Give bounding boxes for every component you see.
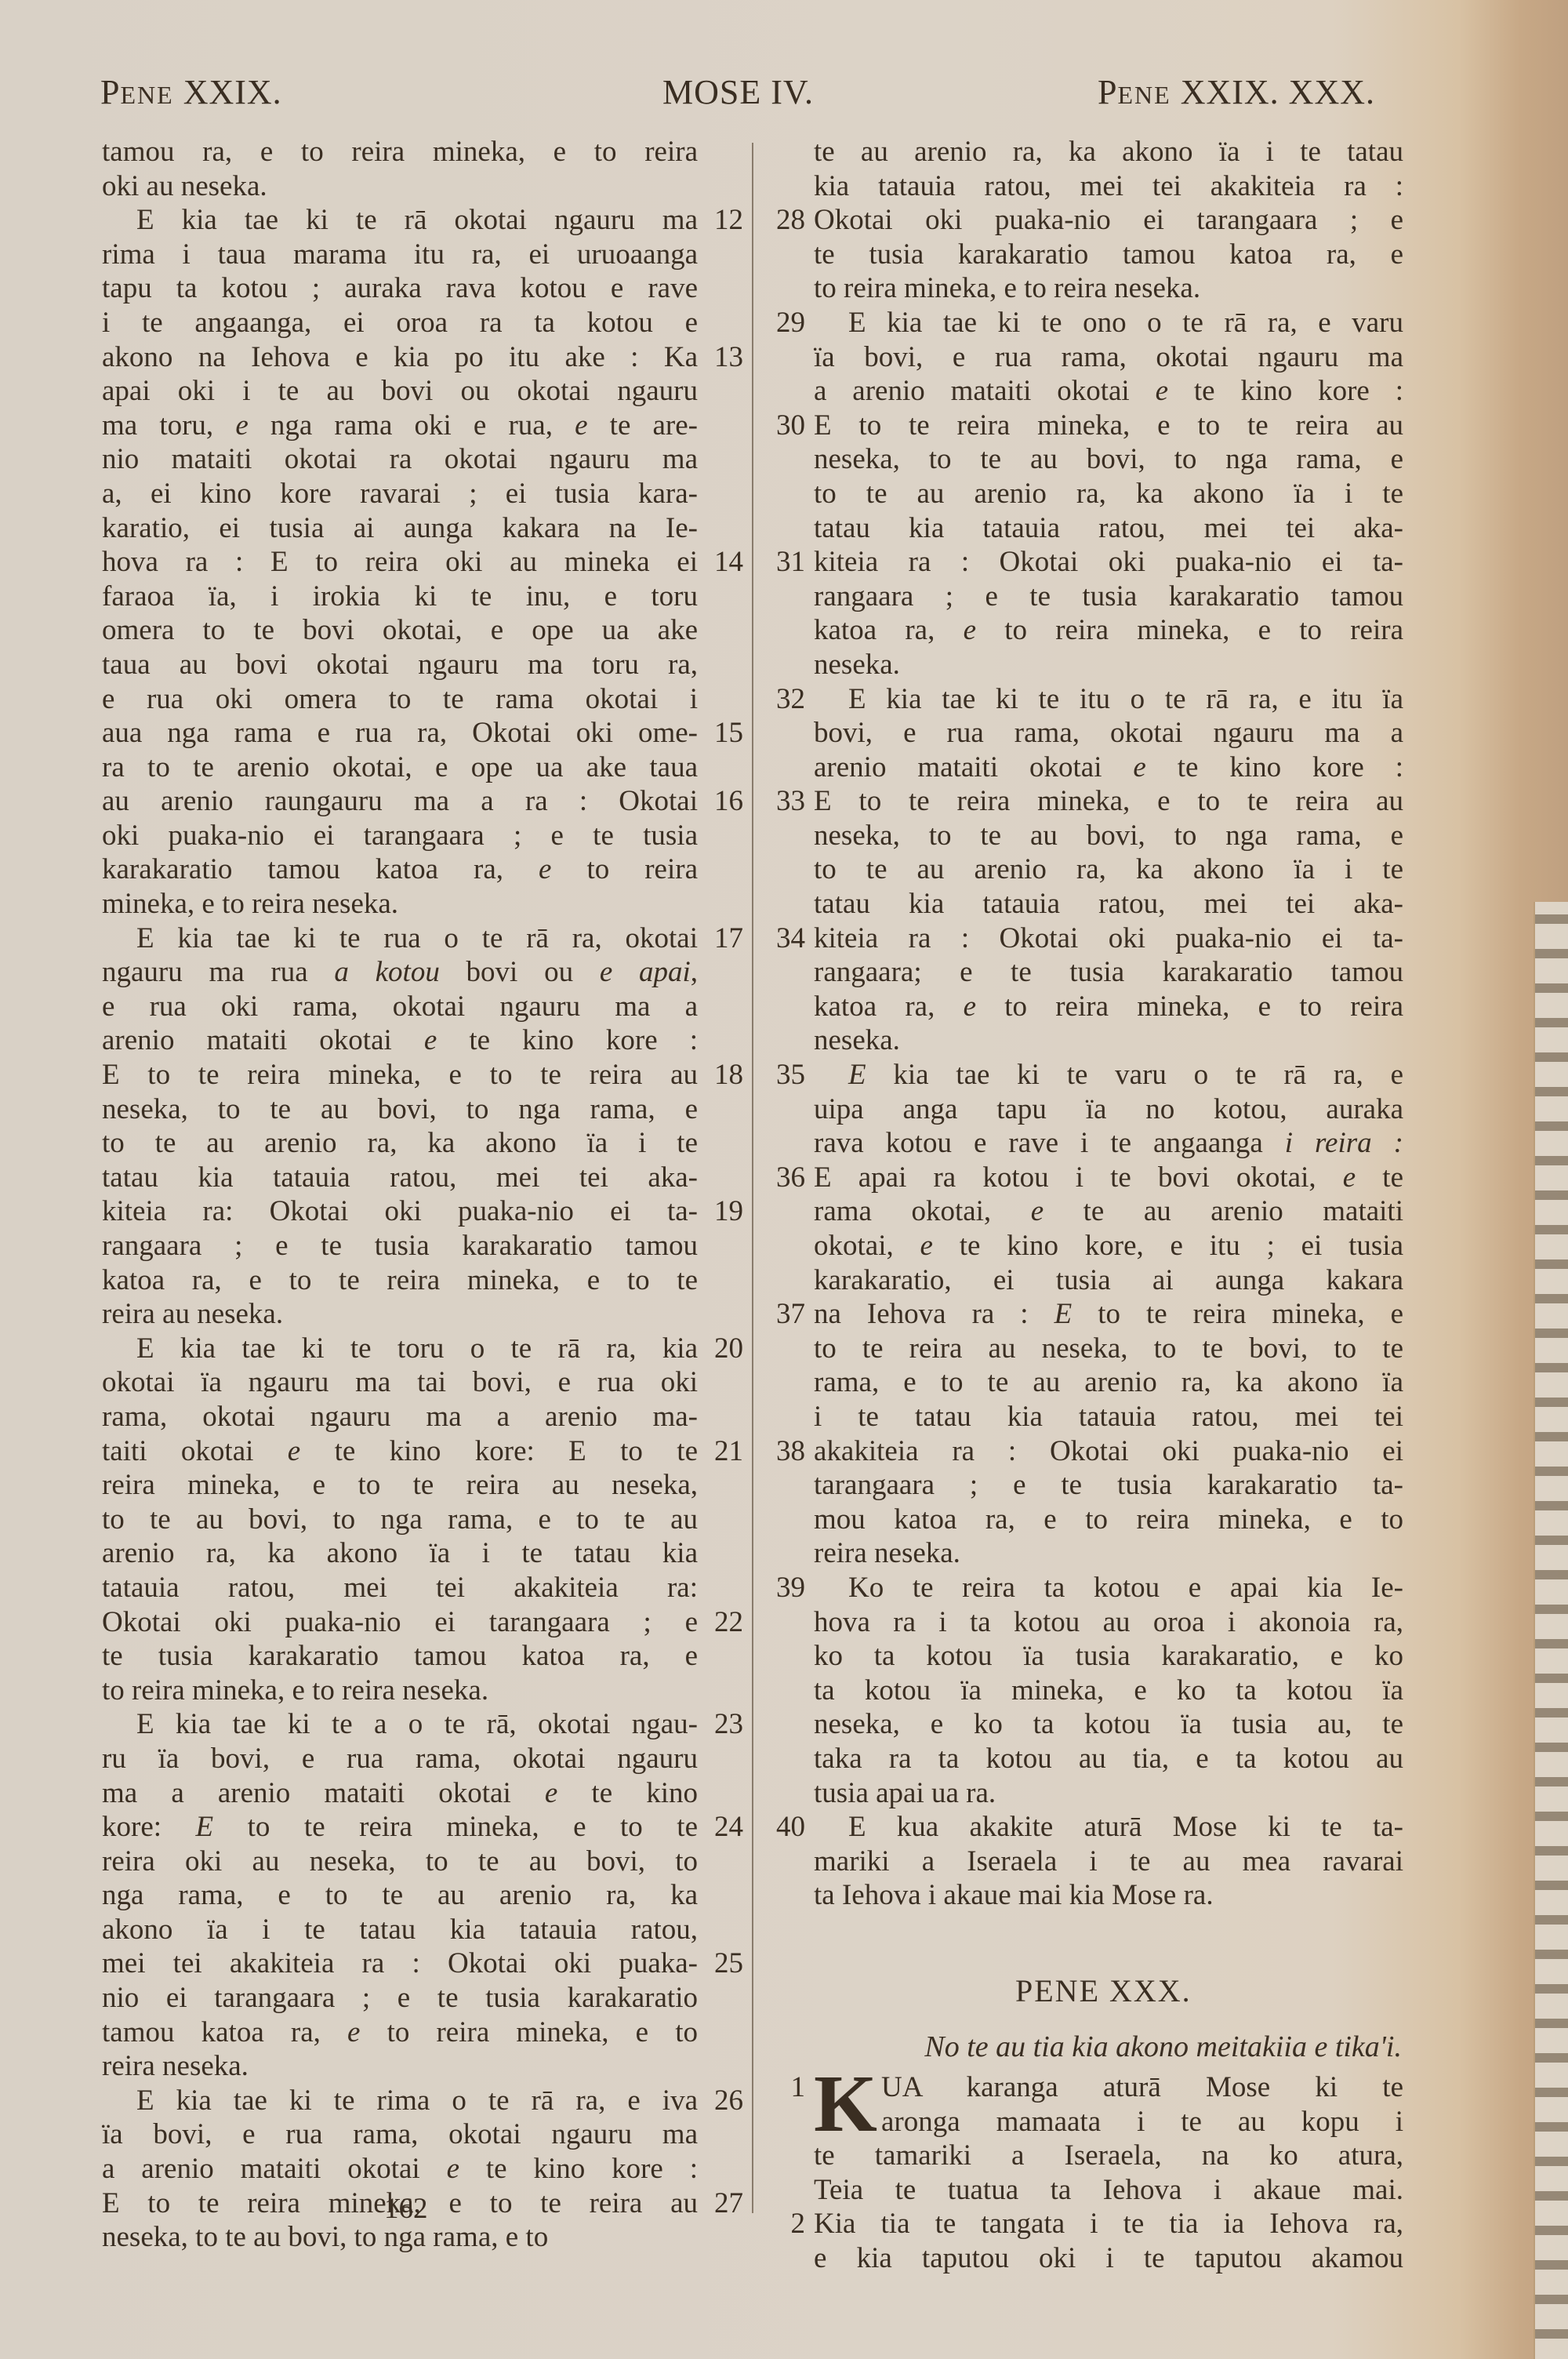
line-text: rangaara ; e te tusia karakaratio tamou <box>102 1229 698 1263</box>
line-text: Okotai oki puaka-nio ei tarangaara ; e <box>102 1605 698 1640</box>
text-line: au arenio raungauru ma a ra : Okotai16 <box>102 784 741 819</box>
line-text: akakiteia ra : Okotai oki puaka-nio ei <box>814 1434 1403 1469</box>
text-line: faraoa ïa, i irokia ki te inu, e toru <box>102 580 741 614</box>
header-right: PENE XXIX. XXX. <box>1098 72 1375 112</box>
text-line: to te au arenio ra, ka akono ïa i te <box>102 1126 741 1161</box>
text-line: neseka, to te au bovi, to nga rama, e <box>102 1092 741 1127</box>
line-text: nio ei tarangaara ; e te tusia karakarat… <box>102 1981 698 2016</box>
line-text: hova ra i ta kotou au oroa i akonoia ra, <box>814 1605 1403 1640</box>
line-text: okotai, e te kino kore, e itu ; ei tusia <box>814 1229 1403 1263</box>
line-text: mariki a Iseraela i te au mea ravarai <box>814 1845 1403 1879</box>
line-text: E kia tae ki te rima o te rā ra, e iva <box>102 2084 698 2118</box>
text-line: nga rama, e to te au arenio ra, ka <box>102 1878 741 1913</box>
text-line: e rua oki rama, okotai ngauru ma a <box>102 990 741 1024</box>
text-line: te tusia karakaratio tamou katoa ra, e <box>764 238 1403 272</box>
text-line: Ko te reira ta kotou e apai kia Ie-39 <box>764 1571 1403 1605</box>
line-text: reira neseka. <box>102 2049 698 2084</box>
line-text: au arenio raungauru ma a ra : Okotai <box>102 784 698 819</box>
text-line: UA karanga aturā Mose ki te1 <box>764 2070 1403 2105</box>
text-line: neseka. <box>764 648 1403 682</box>
verse-number: 12 <box>704 203 743 238</box>
verse-number: 33 <box>764 784 805 819</box>
line-text: taka ra ta kotou au tia, e ta kotou au <box>814 1742 1403 1776</box>
line-text: neseka, e ko ta kotou ïa tusia au, te <box>814 1707 1403 1742</box>
line-text: ru ïa bovi, e rua rama, okotai ngauru <box>102 1742 698 1776</box>
line-text: bovi, e rua rama, okotai ngauru ma a <box>814 716 1403 751</box>
line-text: te tamariki a Iseraela, na ko atura, <box>814 2139 1403 2173</box>
line-text: oki au neseka. <box>102 169 698 204</box>
line-text: tusia apai ua ra. <box>814 1776 1403 1811</box>
line-text: i te tatau kia tatauia ratou, mei tei <box>814 1400 1403 1434</box>
text-line: aua nga rama e rua ra, Okotai oki ome-15 <box>102 716 741 751</box>
line-text: katoa ra, e to reira mineka, e to reira <box>814 613 1403 648</box>
text-line: te au arenio ra, ka akono ïa i te tatau <box>764 135 1403 169</box>
text-line: karakaratio tamou katoa ra, e to reira <box>102 852 741 887</box>
text-line: bovi, e rua rama, okotai ngauru ma a <box>764 716 1403 751</box>
text-line: okotai, e te kino kore, e itu ; ei tusia <box>764 1229 1403 1263</box>
text-line: E kia tae ki te rua o te rā ra, okotai17 <box>102 921 741 956</box>
text-line: kiteia ra : Okotai oki puaka-nio ei ta-3… <box>764 545 1403 580</box>
verse-number: 21 <box>704 1434 743 1469</box>
text-line: i te angaanga, ei oroa ra ta kotou e <box>102 306 741 340</box>
text-line: tatau kia tatauia ratou, mei tei aka- <box>764 887 1403 921</box>
text-line: rama, okotai ngauru ma a arenio ma- <box>102 1400 741 1434</box>
chapter-title: PENE XXX. <box>1015 1972 1192 2009</box>
line-text: neseka, to te au bovi, to nga rama, e <box>814 819 1403 853</box>
line-text: reira mineka, e to te reira au neseka, <box>102 1468 698 1503</box>
line-text: uipa anga tapu ïa no kotou, auraka <box>814 1092 1403 1127</box>
verse-number: 19 <box>704 1194 743 1229</box>
text-line: rangaara ; e te tusia karakaratio tamou <box>102 1229 741 1263</box>
text-line: mei tei akakiteia ra : Okotai oki puaka-… <box>102 1946 741 1981</box>
text-line: apai oki i te au bovi ou okotai ngauru <box>102 374 741 409</box>
text-line: ta kotou ïa mineka, e ko ta kotou ïa <box>764 1674 1403 1708</box>
verse-number: 29 <box>764 306 805 340</box>
line-text: neseka, to te au bovi, to nga rama, e <box>102 1092 698 1127</box>
line-text: aua nga rama e rua ra, Okotai oki ome- <box>102 716 698 751</box>
text-line: to te au arenio ra, ka akono ïa i te <box>764 852 1403 887</box>
text-line: E apai ra kotou i te bovi okotai, e te36 <box>764 1161 1403 1195</box>
line-text: te tusia karakaratio tamou katoa ra, e <box>814 238 1403 272</box>
text-line: hova ra i ta kotou au oroa i akonoia ra, <box>764 1605 1403 1640</box>
text-line: arenio mataiti okotai e te kino kore : <box>764 751 1403 785</box>
line-text: rima i taua marama itu ra, ei uruoaanga <box>102 238 698 272</box>
header-left-numeral: XXIX. <box>183 73 282 111</box>
line-text: to te reira au neseka, to te bovi, to te <box>814 1332 1403 1366</box>
text-line: omera to te bovi okotai, e ope ua ake <box>102 613 741 648</box>
text-line: arenio mataiti okotai e te kino kore : <box>102 1023 741 1058</box>
text-line: akono na Iehova e kia po itu ake : Ka13 <box>102 340 741 375</box>
text-line: mou katoa ra, e to reira mineka, e to <box>764 1503 1403 1537</box>
line-text: UA karanga aturā Mose ki te <box>814 2070 1403 2105</box>
text-line: tamou ra, e to reira mineka, e to reira <box>102 135 741 169</box>
verse-number: 17 <box>704 921 743 956</box>
line-text: tamou ra, e to reira mineka, e to reira <box>102 135 698 169</box>
line-text: kiteia ra : Okotai oki puaka-nio ei ta- <box>814 545 1403 580</box>
line-text: okotai ïa ngauru ma tai bovi, e rua oki <box>102 1365 698 1400</box>
text-line: uipa anga tapu ïa no kotou, auraka <box>764 1092 1403 1127</box>
line-text: E kia tae ki te toru o te rā ra, kia <box>102 1332 698 1366</box>
text-line: Okotai oki puaka-nio ei tarangaara ; e22 <box>102 1605 741 1640</box>
text-line: to reira mineka, e to reira neseka. <box>102 1674 741 1708</box>
verse-number: 26 <box>704 2084 743 2118</box>
text-line: te tusia karakaratio tamou katoa ra, e <box>102 1639 741 1674</box>
line-text: omera to te bovi okotai, e ope ua ake <box>102 613 698 648</box>
line-text: to te au bovi, to nga rama, e to te au <box>102 1503 698 1537</box>
line-text: E to te reira mineka, e to te reira au <box>102 1058 698 1092</box>
text-line: to reira mineka, e to reira neseka. <box>764 271 1403 306</box>
line-text: tapu ta kotou ; auraka rava kotou e rave <box>102 271 698 306</box>
line-text: faraoa ïa, i irokia ki te inu, e toru <box>102 580 698 614</box>
line-text: ïa bovi, e rua rama, okotai ngauru ma <box>814 340 1403 375</box>
book-title: MOSE IV. <box>662 72 814 112</box>
text-line: taua au bovi okotai ngauru ma toru ra, <box>102 648 741 682</box>
text-line: kiteia ra : Okotai oki puaka-nio ei ta-3… <box>764 921 1403 956</box>
header-right-numeral: XXIX. XXX. <box>1181 73 1375 111</box>
text-line: akakiteia ra : Okotai oki puaka-nio ei38 <box>764 1434 1403 1469</box>
line-text: E to te reira mineka, e to te reira au <box>814 409 1403 443</box>
verse-number: 25 <box>704 1946 743 1981</box>
line-text: kiteia ra: Okotai oki puaka-nio ei ta- <box>102 1194 698 1229</box>
text-line: i te tatau kia tatauia ratou, mei tei <box>764 1400 1403 1434</box>
line-text: E kia tae ki te a o te rā, okotai ngau- <box>102 1707 698 1742</box>
text-line: a arenio mataiti okotai e te kino kore : <box>764 374 1403 409</box>
line-text: kia tatauia ratou, mei tei akakiteia ra … <box>814 169 1403 204</box>
line-text: mou katoa ra, e to reira mineka, e to <box>814 1503 1403 1537</box>
verse-number: 39 <box>764 1571 805 1605</box>
text-line: a arenio mataiti okotai e te kino kore : <box>102 2152 741 2186</box>
line-text: E apai ra kotou i te bovi okotai, e te <box>814 1161 1403 1195</box>
text-line: ra to te arenio okotai, e ope ua ake tau… <box>102 751 741 785</box>
verse-number: 27 <box>704 2186 743 2221</box>
running-header: PENE XXIX. MOSE IV. PENE XXIX. XXX. <box>0 72 1568 119</box>
verse-number: 1 <box>764 2070 805 2105</box>
line-text: e rua oki rama, okotai ngauru ma a <box>102 990 698 1024</box>
text-line: te tamariki a Iseraela, na ko atura, <box>764 2139 1403 2173</box>
text-line: rama okotai, e te au arenio mataiti <box>764 1194 1403 1229</box>
text-line: E kia tae ki te rā okotai ngauru ma12 <box>102 203 741 238</box>
line-text: to reira mineka, e to reira neseka. <box>814 271 1403 306</box>
text-line: E kia tae ki te itu o te rā ra, e itu ïa… <box>764 682 1403 717</box>
text-line: arenio ra, ka akono ïa i te tatau kia <box>102 1536 741 1571</box>
verse-number: 34 <box>764 921 805 956</box>
line-text: aronga mamaata i te au kopu i <box>814 2105 1403 2139</box>
line-text: tatau kia tatauia ratou, mei tei aka- <box>814 887 1403 921</box>
line-text: mei tei akakiteia ra : Okotai oki puaka- <box>102 1946 698 1981</box>
verse-number: 14 <box>704 545 743 580</box>
line-text: rava kotou e rave i te angaanga i reira … <box>814 1126 1403 1161</box>
text-line: reira neseka. <box>764 1536 1403 1571</box>
line-text: i te angaanga, ei oroa ra ta kotou e <box>102 306 698 340</box>
line-text: katoa ra, e to reira mineka, e to reira <box>814 990 1403 1024</box>
column-divider <box>752 143 753 2213</box>
text-line: karakaratio, ei tusia ai aunga kakara <box>764 1263 1403 1298</box>
line-text: kore: E to te reira mineka, e to te <box>102 1810 698 1845</box>
line-text: mineka, e to reira neseka. <box>102 887 698 921</box>
line-text: karakaratio tamou katoa ra, e to reira <box>102 852 698 887</box>
line-text: a, ei kino kore ravarai ; ei tusia kara- <box>102 477 698 511</box>
right-column: te au arenio ra, ka akono ïa i te tatauk… <box>764 135 1403 1913</box>
text-line: na Iehova ra : E to te reira mineka, e37 <box>764 1297 1403 1332</box>
line-text: neseka. <box>814 1023 1403 1058</box>
line-text: nio mataiti okotai ra okotai ngauru ma <box>102 442 698 477</box>
line-text: reira au neseka. <box>102 1297 698 1332</box>
line-text: ma a arenio mataiti okotai e te kino <box>102 1776 698 1811</box>
text-line: karatio, ei tusia ai aunga kakara na Ie- <box>102 511 741 546</box>
line-text: na Iehova ra : E to te reira mineka, e <box>814 1297 1403 1332</box>
line-text: ïa bovi, e rua rama, okotai ngauru ma <box>102 2117 698 2152</box>
text-line: akono ïa i te tatau kia tatauia ratou, <box>102 1913 741 1947</box>
line-text: E kia tae ki te rā okotai ngauru ma <box>102 203 698 238</box>
text-line: taiti okotai e te kino kore: E to te21 <box>102 1434 741 1469</box>
verse-number: 30 <box>764 409 805 443</box>
text-line: ko ta kotou ïa tusia karakaratio, e ko <box>764 1639 1403 1674</box>
line-text: a arenio mataiti okotai e te kino kore : <box>102 2152 698 2186</box>
verse-number: 13 <box>704 340 743 375</box>
text-line: E kia tae ki te ono o te rā ra, e varu29 <box>764 306 1403 340</box>
line-text: ngauru ma rua a kotou bovi ou e apai, <box>102 955 698 990</box>
text-line: ngauru ma rua a kotou bovi ou e apai, <box>102 955 741 990</box>
text-line: E kia tae ki te varu o te rā ra, e35 <box>764 1058 1403 1092</box>
text-line: tapu ta kotou ; auraka rava kotou e rave <box>102 271 741 306</box>
text-line: katoa ra, e to reira mineka, e to reira <box>764 613 1403 648</box>
line-text: Okotai oki puaka-nio ei tarangaara ; e <box>814 203 1403 238</box>
line-text: rangaara ; e te tusia karakaratio tamou <box>814 580 1403 614</box>
text-line: tusia apai ua ra. <box>764 1776 1403 1811</box>
text-line: reira au neseka. <box>102 1297 741 1332</box>
text-line: E kia tae ki te rima o te rā ra, e iva26 <box>102 2084 741 2118</box>
verse-number: 32 <box>764 682 805 717</box>
text-line: rima i taua marama itu ra, ei uruoaanga <box>102 238 741 272</box>
text-line: tamou katoa ra, e to reira mineka, e to <box>102 2016 741 2050</box>
line-text: nga rama, e to te au arenio ra, ka <box>102 1878 698 1913</box>
text-line: aronga mamaata i te au kopu i <box>764 2105 1403 2139</box>
line-text: akono na Iehova e kia po itu ake : Ka <box>102 340 698 375</box>
text-line: nio ei tarangaara ; e te tusia karakarat… <box>102 1981 741 2016</box>
line-text: oki puaka-nio ei tarangaara ; e te tusia <box>102 819 698 853</box>
line-text: tatau kia tatauia ratou, mei tei aka- <box>814 511 1403 546</box>
line-text: e rua oki omera to te rama okotai i <box>102 682 698 717</box>
text-line: e kia taputou oki i te taputou akamou <box>764 2241 1403 2276</box>
line-text: rama, okotai ngauru ma a arenio ma- <box>102 1400 698 1434</box>
line-text: ta kotou ïa mineka, e ko ta kotou ïa <box>814 1674 1403 1708</box>
line-text: arenio mataiti okotai e te kino kore : <box>102 1023 698 1058</box>
verse-number: 31 <box>764 545 805 580</box>
line-text: rama, e to te au arenio ra, ka akono ïa <box>814 1365 1403 1400</box>
text-line: Okotai oki puaka-nio ei tarangaara ; e28 <box>764 203 1403 238</box>
line-text: reira neseka. <box>814 1536 1403 1571</box>
line-text: E kua akakite aturā Mose ki te ta- <box>814 1810 1403 1845</box>
text-line: reira neseka. <box>102 2049 741 2084</box>
line-text: rama okotai, e te au arenio mataiti <box>814 1194 1403 1229</box>
line-text: E kia tae ki te rua o te rā ra, okotai <box>102 921 698 956</box>
line-text: E kia tae ki te itu o te rā ra, e itu ïa <box>814 682 1403 717</box>
line-text: Ko te reira ta kotou e apai kia Ie- <box>814 1571 1403 1605</box>
line-text: to te au arenio ra, ka akono ïa i te <box>814 852 1403 887</box>
line-text: tamou katoa ra, e to reira mineka, e to <box>102 2016 698 2050</box>
text-line: to te au arenio ra, ka akono ïa i te <box>764 477 1403 511</box>
text-line: kore: E to te reira mineka, e to te24 <box>102 1810 741 1845</box>
text-line: neseka, to te au bovi, to nga rama, e <box>764 819 1403 853</box>
text-line: mineka, e to reira neseka. <box>102 887 741 921</box>
header-left: PENE XXIX. <box>100 72 282 112</box>
next-page-edge <box>1534 902 1568 2359</box>
line-text: katoa ra, e to te reira mineka, e to te <box>102 1263 698 1298</box>
text-line: tatau kia tatauia ratou, mei tei aka- <box>764 511 1403 546</box>
text-line: reira mineka, e to te reira au neseka, <box>102 1468 741 1503</box>
line-text: E to te reira mineka, e to te reira au <box>814 784 1403 819</box>
text-line: E kua akakite aturā Mose ki te ta-40 <box>764 1810 1403 1845</box>
text-line: ïa bovi, e rua rama, okotai ngauru ma <box>764 340 1403 375</box>
line-text: karakaratio, ei tusia ai aunga kakara <box>814 1263 1403 1298</box>
text-line: neseka, to te au bovi, to nga rama, e <box>764 442 1403 477</box>
text-line: rava kotou e rave i te angaanga i reira … <box>764 1126 1403 1161</box>
line-text: karatio, ei tusia ai aunga kakara na Ie- <box>102 511 698 546</box>
verse-number: 28 <box>764 203 805 238</box>
line-text: Teia te tuatua ta Iehova i akaue mai. <box>814 2173 1403 2208</box>
text-line: oki au neseka. <box>102 169 741 204</box>
verse-number: 36 <box>764 1161 805 1195</box>
verse-number: 35 <box>764 1058 805 1092</box>
text-line: hova ra : E to reira oki au mineka ei14 <box>102 545 741 580</box>
verse-number: 37 <box>764 1297 805 1332</box>
line-text: ma toru, e nga rama oki e rua, e te are- <box>102 409 698 443</box>
text-line: ma toru, e nga rama oki e rua, e te are- <box>102 409 741 443</box>
text-line: E to te reira mineka, e to te reira au18 <box>102 1058 741 1092</box>
line-text: to te au arenio ra, ka akono ïa i te <box>814 477 1403 511</box>
text-line: tatauia ratou, mei tei akakiteia ra: <box>102 1571 741 1605</box>
line-text: neseka. <box>814 648 1403 682</box>
text-line: Teia te tuatua ta Iehova i akaue mai. <box>764 2173 1403 2208</box>
text-line: katoa ra, e to reira mineka, e to reira <box>764 990 1403 1024</box>
line-text: taua au bovi okotai ngauru ma toru ra, <box>102 648 698 682</box>
text-line: okotai ïa ngauru ma tai bovi, e rua oki <box>102 1365 741 1400</box>
verse-number: 24 <box>704 1810 743 1845</box>
verse-number: 15 <box>704 716 743 751</box>
text-line: E kia tae ki te toru o te rā ra, kia20 <box>102 1332 741 1366</box>
line-text: a arenio mataiti okotai e te kino kore : <box>814 374 1403 409</box>
line-text: reira oki au neseka, to te au bovi, to <box>102 1845 698 1879</box>
verse-number: 22 <box>704 1605 743 1640</box>
line-text: ta Iehova i akaue mai kia Mose ra. <box>814 1878 1403 1913</box>
line-text: te tusia karakaratio tamou katoa ra, e <box>102 1639 698 1674</box>
left-column: tamou ra, e to reira mineka, e to reirao… <box>102 135 741 2255</box>
line-text: to reira mineka, e to reira neseka. <box>102 1674 698 1708</box>
verse-number: 18 <box>704 1058 743 1092</box>
verse-number: 2 <box>764 2207 805 2241</box>
text-line: tarangaara ; e te tusia karakaratio ta- <box>764 1468 1403 1503</box>
line-text: E kia tae ki te varu o te rā ra, e <box>814 1058 1403 1092</box>
text-line: E to te reira mineka, e to te reira au30 <box>764 409 1403 443</box>
line-text: arenio ra, ka akono ïa i te tatau kia <box>102 1536 698 1571</box>
verse-number: 38 <box>764 1434 805 1469</box>
text-line: ru ïa bovi, e rua rama, okotai ngauru <box>102 1742 741 1776</box>
text-line: E to te reira mineka, e to te reira au33 <box>764 784 1403 819</box>
line-text: rangaara; e te tusia karakaratio tamou <box>814 955 1403 990</box>
line-text: apai oki i te au bovi ou okotai ngauru <box>102 374 698 409</box>
line-text: te au arenio ra, ka akono ïa i te tatau <box>814 135 1403 169</box>
line-text: arenio mataiti okotai e te kino kore : <box>814 751 1403 785</box>
chapter-30-text: UA karanga aturā Mose ki te1aronga mamaa… <box>764 2070 1403 2276</box>
line-text: e kia taputou oki i te taputou akamou <box>814 2241 1403 2276</box>
line-text: tatau kia tatauia ratou, mei tei aka- <box>102 1161 698 1195</box>
text-line: E kia tae ki te a o te rā, okotai ngau-2… <box>102 1707 741 1742</box>
chapter-summary: No te au tia kia akono meitakiia e tika'… <box>814 2030 1402 2064</box>
text-line: neseka. <box>764 1023 1403 1058</box>
text-line: taka ra ta kotou au tia, e ta kotou au <box>764 1742 1403 1776</box>
text-line: oki puaka-nio ei tarangaara ; e te tusia <box>102 819 741 853</box>
verse-number: 23 <box>704 1707 743 1742</box>
header-right-word: PENE <box>1098 73 1171 111</box>
text-line: katoa ra, e to te reira mineka, e to te <box>102 1263 741 1298</box>
text-line: a, ei kino kore ravarai ; ei tusia kara- <box>102 477 741 511</box>
text-line: kiteia ra: Okotai oki puaka-nio ei ta-19 <box>102 1194 741 1229</box>
verse-number: 20 <box>704 1332 743 1366</box>
line-text: Kia tia te tangata i te tia ia Iehova ra… <box>814 2207 1403 2241</box>
text-line: mariki a Iseraela i te au mea ravarai <box>764 1845 1403 1879</box>
line-text: ra to te arenio okotai, e ope ua ake tau… <box>102 751 698 785</box>
line-text: neseka, to te au bovi, to nga rama, e <box>814 442 1403 477</box>
line-text: taiti okotai e te kino kore: E to te <box>102 1434 698 1469</box>
text-line: Kia tia te tangata i te tia ia Iehova ra… <box>764 2207 1403 2241</box>
text-line: rangaara; e te tusia karakaratio tamou <box>764 955 1403 990</box>
line-text: tatauia ratou, mei tei akakiteia ra: <box>102 1571 698 1605</box>
text-line: ïa bovi, e rua rama, okotai ngauru ma <box>102 2117 741 2152</box>
line-text: akono ïa i te tatau kia tatauia ratou, <box>102 1913 698 1947</box>
verse-number: 16 <box>704 784 743 819</box>
verse-number: 40 <box>764 1810 805 1845</box>
text-line: rama, e to te au arenio ra, ka akono ïa <box>764 1365 1403 1400</box>
line-text: tarangaara ; e te tusia karakaratio ta- <box>814 1468 1403 1503</box>
text-line: ma a arenio mataiti okotai e te kino <box>102 1776 741 1811</box>
text-line: kia tatauia ratou, mei tei akakiteia ra … <box>764 169 1403 204</box>
text-line: to te au bovi, to nga rama, e to te au <box>102 1503 741 1537</box>
line-text: hova ra : E to reira oki au mineka ei <box>102 545 698 580</box>
text-line: to te reira au neseka, to te bovi, to te <box>764 1332 1403 1366</box>
text-line: ta Iehova i akaue mai kia Mose ra. <box>764 1878 1403 1913</box>
line-text: ko ta kotou ïa tusia karakaratio, e ko <box>814 1639 1403 1674</box>
text-line: tatau kia tatauia ratou, mei tei aka- <box>102 1161 741 1195</box>
text-line: nio mataiti okotai ra okotai ngauru ma <box>102 442 741 477</box>
page-number: 162 <box>384 2192 428 2226</box>
header-left-word: PENE <box>100 73 174 111</box>
text-line: reira oki au neseka, to te au bovi, to <box>102 1845 741 1879</box>
text-line: neseka, e ko ta kotou ïa tusia au, te <box>764 1707 1403 1742</box>
text-line: rangaara ; e te tusia karakaratio tamou <box>764 580 1403 614</box>
line-text: kiteia ra : Okotai oki puaka-nio ei ta- <box>814 921 1403 956</box>
line-text: E kia tae ki te ono o te rā ra, e varu <box>814 306 1403 340</box>
line-text: to te au arenio ra, ka akono ïa i te <box>102 1126 698 1161</box>
text-line: e rua oki omera to te rama okotai i <box>102 682 741 717</box>
